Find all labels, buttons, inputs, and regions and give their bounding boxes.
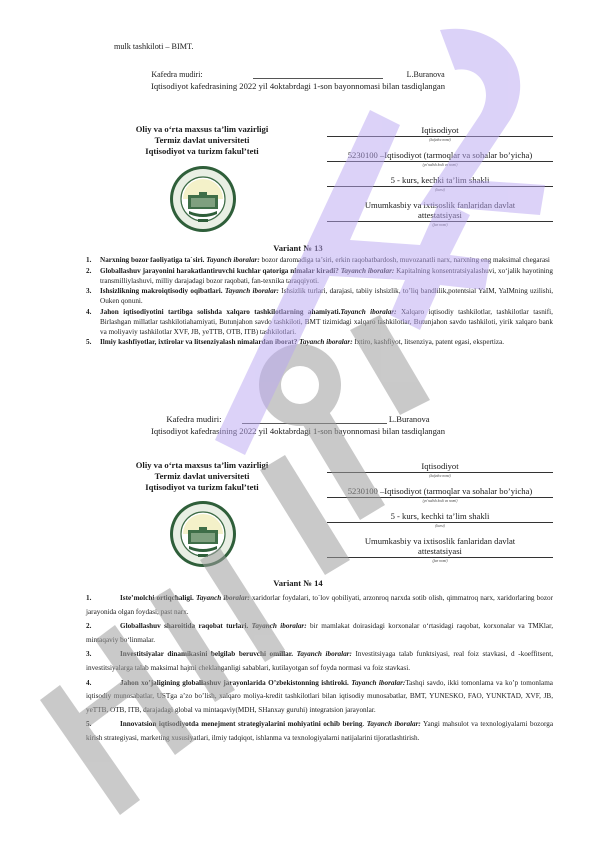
question-item: 1.Iste’molchi ortiqchaligi. Tayanch ibor…	[86, 592, 553, 619]
specialty-field: 5230100 –Iqtisodiyot (tarmoqlar va sohal…	[327, 150, 553, 162]
question-title: Jahon iqtisodiyotini tartibga solishda x…	[100, 308, 340, 316]
question-item: 3.Investitsiyalar dinamikasini belgilab …	[86, 648, 553, 675]
university-emblem-icon	[169, 165, 237, 233]
question-item: 5.Innovatsion iqtisodiyotda menejment st…	[86, 718, 553, 745]
previous-page-continuation: mulk tashkiloti – BIMT.	[114, 42, 193, 51]
key-phrases-label: Tayanch iboralar:	[196, 594, 250, 602]
question-title: Globallashuv sharoitida raqobat turlari.	[120, 622, 248, 630]
kafedra-signature-line: Kafedra mudiri: L.Buranova	[0, 70, 596, 79]
specialty-caption: (yo'nalish kodi va nomi)	[327, 162, 553, 168]
question-item: 2.Globallashuv sharoitida raqobat turlar…	[86, 620, 553, 647]
key-phrases-label: Tayanch iboralar:	[206, 256, 259, 264]
course-field: 5 - kurs, kechki ta’lim shakli	[327, 511, 553, 523]
department-caption: (kafedra nomi)	[327, 137, 553, 143]
question-title: Ishsizlikning makroiqtisodiy oqibatlari.	[100, 287, 223, 295]
question-item: 4.Jahon xo’jaligining globallashuv jaray…	[86, 677, 553, 718]
specialty-field: 5230100 –Iqtisodiyot (tarmoqlar va sohal…	[327, 486, 553, 498]
department-caption: (kafedra nomi)	[327, 473, 553, 479]
variant-title: Variant № 13	[0, 243, 596, 253]
approval-note: Iqtisodiyot kafedrasining 2022 yil 4okta…	[0, 81, 596, 91]
subject-caption: (fan nomi)	[327, 222, 553, 228]
kafedra-head-name: L.Buranova	[389, 414, 430, 424]
faculty-name: Iqtisodiyot va turizm fakul’teti	[92, 146, 312, 157]
department-field: Iqtisodiyot	[327, 461, 553, 473]
subject-field: Umumkasbiy va ixtisoslik fanlaridan davl…	[327, 536, 553, 558]
key-phrases: bozor daromadiga ta’siri, erkin raqobatb…	[260, 256, 550, 264]
question-title: Jahon xo’jaligining globallashuv jarayon…	[120, 679, 349, 687]
question-title: Investitsiyalar dinamikasini belgilab be…	[120, 650, 293, 658]
kafedra-head-name: L.Buranova	[407, 70, 445, 79]
key-phrases-label: Tayanch iboralar:	[299, 338, 352, 346]
key-phrases-label: Tayanch iboralar:	[252, 622, 307, 630]
watermark-purple-digits	[215, 29, 545, 455]
signature-line	[253, 78, 383, 79]
exam-details: Iqtisodiyot (kafedra nomi) 5230100 –Iqti…	[327, 125, 553, 228]
question-title: Narxning bozor faoliyatiga ta`siri.	[100, 256, 204, 264]
question-title: Iste’molchi ortiqchaligi.	[120, 594, 194, 602]
question-title: Ilmiy kashfiyotlar, ixtirolar va litsenz…	[100, 338, 297, 346]
approval-note: Iqtisodiyot kafedrasining 2022 yil 4okta…	[0, 426, 596, 436]
key-phrases-label: Tayanch iboralar:	[367, 720, 421, 728]
key-phrases: Ixtiro, kashfiyot, litsenziya, patent eg…	[353, 338, 505, 346]
subject-caption: (fan nomi)	[327, 558, 553, 564]
key-phrases-label: Tayanch iboralar:	[297, 650, 352, 658]
question-item: 1. Narxning bozor faoliyatiga ta`siri. T…	[86, 256, 553, 266]
kafedra-label: Kafedra mudiri:	[166, 414, 221, 424]
organization-header: Oliy va o‘rta maxsus ta’lim vazirligi Te…	[92, 124, 312, 157]
course-field: 5 - kurs, kechki ta’lim shakli	[327, 175, 553, 187]
subject-field: Umumkasbiy va ixtisoslik fanlaridan davl…	[327, 200, 553, 222]
ministry-name: Oliy va o‘rta maxsus ta’lim vazirligi	[92, 460, 312, 471]
signature-line	[242, 423, 387, 424]
department-field: Iqtisodiyot	[327, 125, 553, 137]
question-list: 1.Iste’molchi ortiqchaligi. Tayanch ibor…	[86, 592, 553, 747]
question-item: 5. Ilmiy kashfiyotlar, ixtirolar va lits…	[86, 338, 553, 348]
key-phrases-label: Tayanch iboralar:	[225, 287, 279, 295]
question-title: Innovatsion iqtisodiyotda menejment stra…	[120, 720, 362, 728]
university-emblem-icon	[169, 500, 237, 568]
specialty-caption: (yo'nalish kodi va nomi)	[327, 498, 553, 504]
exam-details: Iqtisodiyot (kafedra nomi) 5230100 –Iqti…	[327, 461, 553, 564]
course-caption: (kursi)	[327, 523, 553, 529]
key-phrases-label: Tayanch iboralar:	[351, 679, 405, 687]
kafedra-label: Kafedra mudiri:	[151, 70, 202, 79]
question-item: 3. Ishsizlikning makroiqtisodiy oqibatla…	[86, 287, 553, 307]
university-name: Termiz davlat universiteti	[92, 135, 312, 146]
kafedra-signature-line: Kafedra mudiri: L.Buranova	[0, 414, 596, 424]
key-phrases-label: Tayanch iboralar:	[341, 267, 395, 275]
key-phrases-label: Tayanch iboralar:	[340, 308, 396, 316]
question-item: 4. Jahon iqtisodiyotini tartibga solishd…	[86, 308, 553, 337]
question-title: Globallashuv jarayonini harakatlantiruvc…	[100, 267, 339, 275]
ministry-name: Oliy va o‘rta maxsus ta’lim vazirligi	[92, 124, 312, 135]
organization-header: Oliy va o‘rta maxsus ta’lim vazirligi Te…	[92, 460, 312, 493]
faculty-name: Iqtisodiyot va turizm fakul’teti	[92, 482, 312, 493]
course-caption: (kursi)	[327, 187, 553, 193]
university-name: Termiz davlat universiteti	[92, 471, 312, 482]
question-list: 1. Narxning bozor faoliyatiga ta`siri. T…	[86, 256, 553, 349]
question-item: 2. Globallashuv jarayonini harakatlantir…	[86, 267, 553, 287]
variant-title: Variant № 14	[0, 578, 596, 588]
